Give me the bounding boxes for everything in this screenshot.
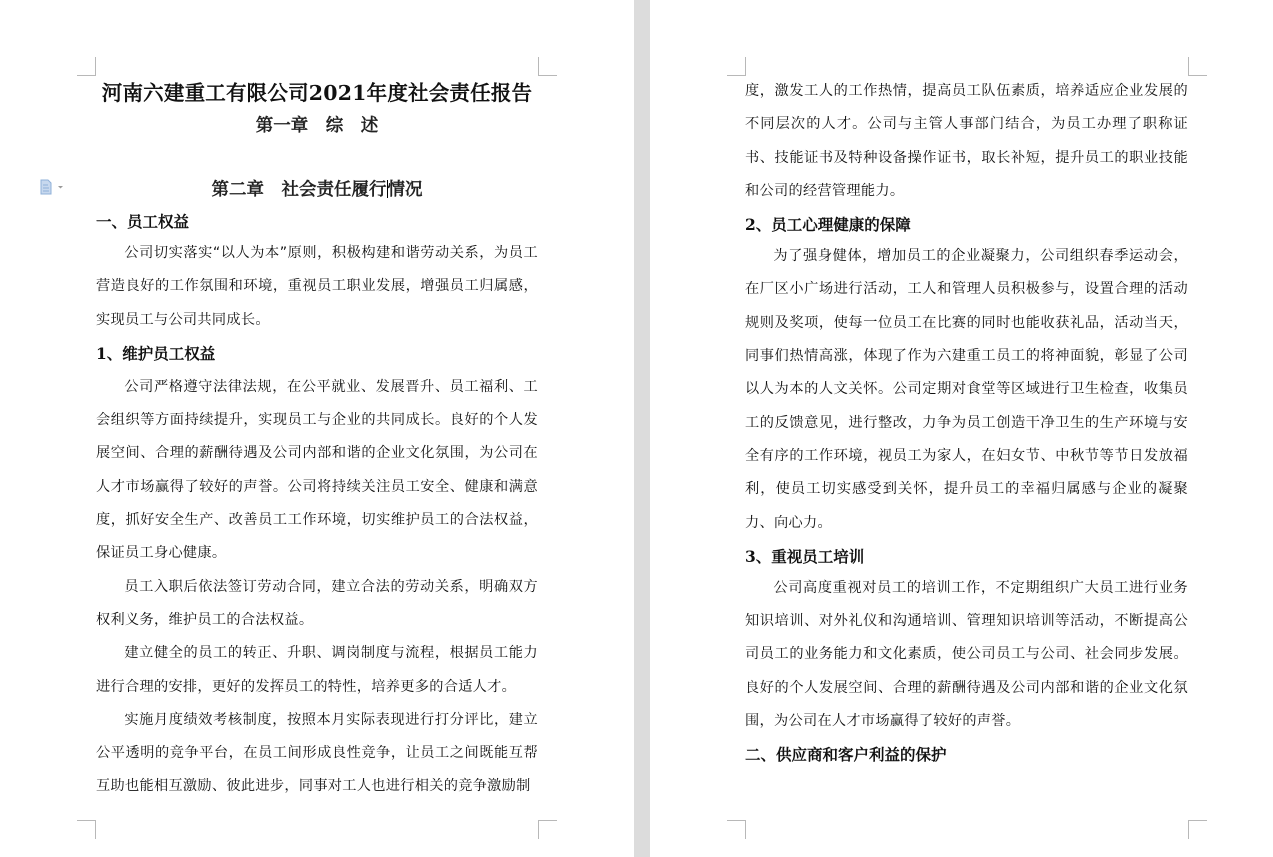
page-corner-mark-top-right <box>1188 57 1207 76</box>
page-corner-mark-bottom-left <box>727 820 746 839</box>
subsection-mental-health-heading: 2、员工心理健康的保障 <box>745 214 1188 236</box>
page-separator <box>634 0 650 857</box>
page-1-content[interactable]: 河南六建重工有限公司2021年度社会责任报告 第一章 综 述 第二章 社会责任履… <box>96 75 538 804</box>
chapter-2-text-b: 情况 <box>388 180 423 200</box>
subsection-protect-rights-heading: 1、维护员工权益 <box>96 343 538 365</box>
subsection-training-heading: 3、重视员工培训 <box>745 546 1188 568</box>
section-employee-rights-heading: 一、员工权益 <box>96 211 538 233</box>
page-corner-mark-top-left <box>77 57 96 76</box>
section-suppliers-customers-heading: 二、供应商和客户利益的保护 <box>745 744 1188 766</box>
body-paragraph: 公司严格遵守法律法规，在公平就业、发展晋升、员工福利、工会组织等方面持续提升，实… <box>96 371 538 571</box>
document-icon <box>38 179 68 195</box>
page-corner-mark-bottom-left <box>77 820 96 839</box>
chevron-down-icon <box>58 186 63 189</box>
document-page-1[interactable]: 河南六建重工有限公司2021年度社会责任报告 第一章 综 述 第二章 社会责任履… <box>0 0 634 857</box>
page-corner-mark-bottom-right <box>538 820 557 839</box>
body-paragraph: 实施月度绩效考核制度，按照本月实际表现进行打分评比，建立公平透明的竞争平台，在员… <box>96 704 538 804</box>
section-employee-rights-intro: 公司切实落实“以人为本”原则，积极构建和谐劳动关系，为员工营造良好的工作氛围和环… <box>96 237 538 337</box>
document-page-2[interactable]: 度，激发工人的工作热情，提高员工队伍素质，培养适应企业发展的不同层次的人才。公司… <box>650 0 1273 857</box>
page-corner-mark-top-right <box>538 57 557 76</box>
chapter-2-heading: 第二章 社会责任履行情况 <box>96 177 538 203</box>
body-paragraph: 公司高度重视对员工的培训工作，不定期组织广大员工进行业务知识培训、对外礼仪和沟通… <box>745 572 1188 738</box>
page-2-content[interactable]: 度，激发工人的工作热情，提高员工队伍素质，培养适应企业发展的不同层次的人才。公司… <box>745 75 1188 766</box>
paragraph-menu-button[interactable] <box>38 179 68 195</box>
body-paragraph: 建立健全的员工的转正、升职、调岗制度与流程，根据员工能力进行合理的安排，更好的发… <box>96 637 538 704</box>
continued-paragraph: 度，激发工人的工作热情，提高员工队伍素质，培养适应企业发展的不同层次的人才。公司… <box>745 75 1188 208</box>
chapter-1-heading: 第一章 综 述 <box>96 113 538 139</box>
page-corner-mark-bottom-right <box>1188 820 1207 839</box>
document-title: 河南六建重工有限公司2021年度社会责任报告 <box>96 79 538 107</box>
body-paragraph: 员工入职后依法签订劳动合同，建立合法的劳动关系，明确双方权利义务，维护员工的合法… <box>96 571 538 638</box>
chapter-2-text-a: 第二章 社会责任履行 <box>212 180 387 200</box>
body-paragraph: 为了强身健体，增加员工的企业凝聚力，公司组织春季运动会，在厂区小广场进行活动，工… <box>745 240 1188 540</box>
page-corner-mark-top-left <box>727 57 746 76</box>
